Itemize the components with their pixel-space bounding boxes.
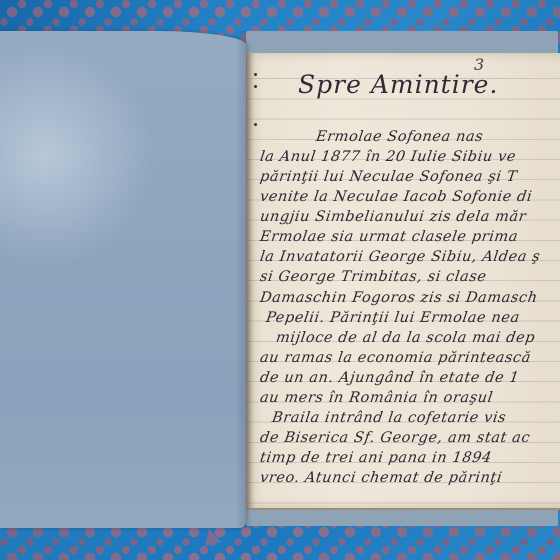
page-title: Spre Amintire.	[298, 70, 498, 99]
text-line: la Anul 1877 în 20 Iulie Sibiu ve	[259, 149, 517, 165]
binding-hole	[254, 123, 257, 126]
text-line: mijloce de al da la scola mai dep	[275, 330, 536, 346]
text-line: la Invatatorii George Sibiu, Aldea ş	[259, 249, 541, 265]
text-line: Ermolae Sofonea nas	[315, 129, 484, 145]
text-line: Braila intrând la cofetarie vis	[271, 410, 507, 426]
handwritten-page: 3 Spre Amintire. Ermolae Sofonea nas la …	[246, 53, 560, 510]
text-line: timp de trei ani pana in 1894	[259, 450, 493, 466]
text-line: venite la Neculae Iacob Sofonie di	[259, 189, 533, 205]
text-line: au ramas la economia părintească	[259, 350, 532, 366]
text-line: de Biserica Sf. George, am stat ac	[259, 430, 531, 446]
page-spine-shadow	[246, 53, 254, 508]
text-line: de un an. Ajungând în etate de 1	[259, 370, 521, 386]
text-line: părinţii lui Neculae Sofonea şi T	[259, 169, 518, 185]
fabric-triangle-pattern	[201, 526, 221, 546]
text-line: ungjiu Simbelianului zis dela măr	[259, 209, 528, 225]
left-page-edge-shadow	[236, 31, 246, 528]
text-line: Pepelii. Părinţii lui Ermolae nea	[265, 310, 521, 326]
blank-left-page	[0, 31, 246, 528]
text-line: vreo. Atunci chemat de părinţi	[259, 470, 503, 486]
text-line: Ermolae sia urmat clasele prima	[259, 229, 519, 245]
text-line: si George Trimbitas, si clase	[259, 269, 488, 285]
binding-hole	[254, 73, 257, 76]
text-line: Damaschin Fogoros zis si Damasch	[259, 290, 539, 306]
binding-hole	[254, 85, 257, 88]
text-line: au mers în România în oraşul	[259, 390, 494, 406]
